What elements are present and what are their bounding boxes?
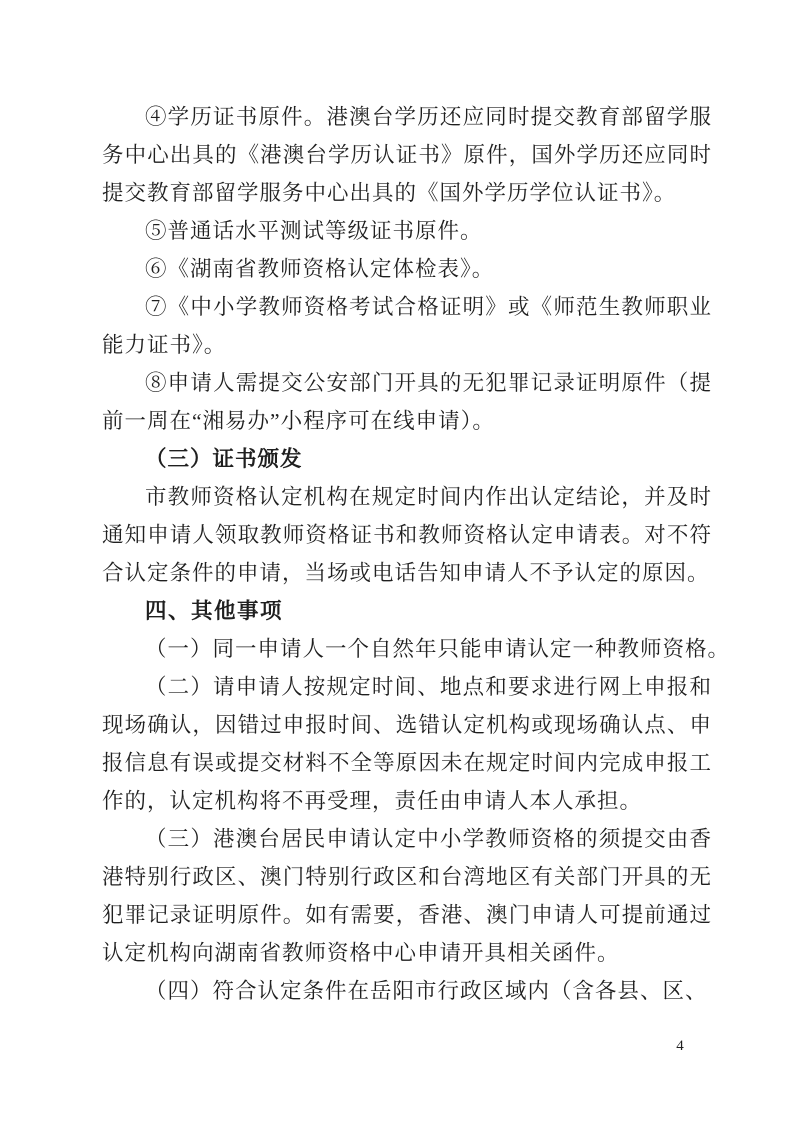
paragraph-item-6-physical-exam-form: ⑥《湖南省教师资格认定体检表》。 bbox=[102, 250, 712, 288]
paragraph-other-matters-1: （一）同一申请人一个自然年只能申请认定一种教师资格。 bbox=[102, 630, 712, 668]
page-body: ④学历证书原件。港澳台学历还应同时提交教育部留学服务中心出具的《港澳台学历认证书… bbox=[102, 98, 712, 1010]
paragraph-item-8-no-crime-record: ⑧申请人需提交公安部门开具的无犯罪记录证明原件（提前一周在“湘易办”小程序可在线… bbox=[102, 364, 712, 440]
paragraph-item-5-putonghua-certificate: ⑤普通话水平测试等级证书原件。 bbox=[102, 212, 712, 250]
page-number: 4 bbox=[660, 1036, 700, 1056]
paragraph-certificate-issuance-body: 市教师资格认定机构在规定时间内作出认定结论，并及时通知申请人领取教师资格证书和教… bbox=[102, 478, 712, 592]
paragraph-other-matters-3: （三）港澳台居民申请认定中小学教师资格的须提交由香港特别行政区、澳门特别行政区和… bbox=[102, 820, 712, 972]
paragraph-item-4-degree-certificate: ④学历证书原件。港澳台学历还应同时提交教育部留学服务中心出具的《港澳台学历认证书… bbox=[102, 98, 712, 212]
document-page: ④学历证书原件。港澳台学历还应同时提交教育部留学服务中心出具的《港澳台学历认证书… bbox=[0, 0, 793, 1122]
section-heading-certificate-issuance: （三）证书颁发 bbox=[102, 440, 712, 478]
paragraph-other-matters-4: （四）符合认定条件在岳阳市行政区域内（含各县、区、 bbox=[102, 972, 712, 1010]
paragraph-other-matters-2: （二）请申请人按规定时间、地点和要求进行网上申报和现场确认，因错过申报时间、选错… bbox=[102, 668, 712, 820]
paragraph-item-7-exam-pass-certificate: ⑦《中小学教师资格考试合格证明》或《师范生教师职业能力证书》。 bbox=[102, 288, 712, 364]
section-heading-other-matters: 四、其他事项 bbox=[102, 592, 712, 630]
